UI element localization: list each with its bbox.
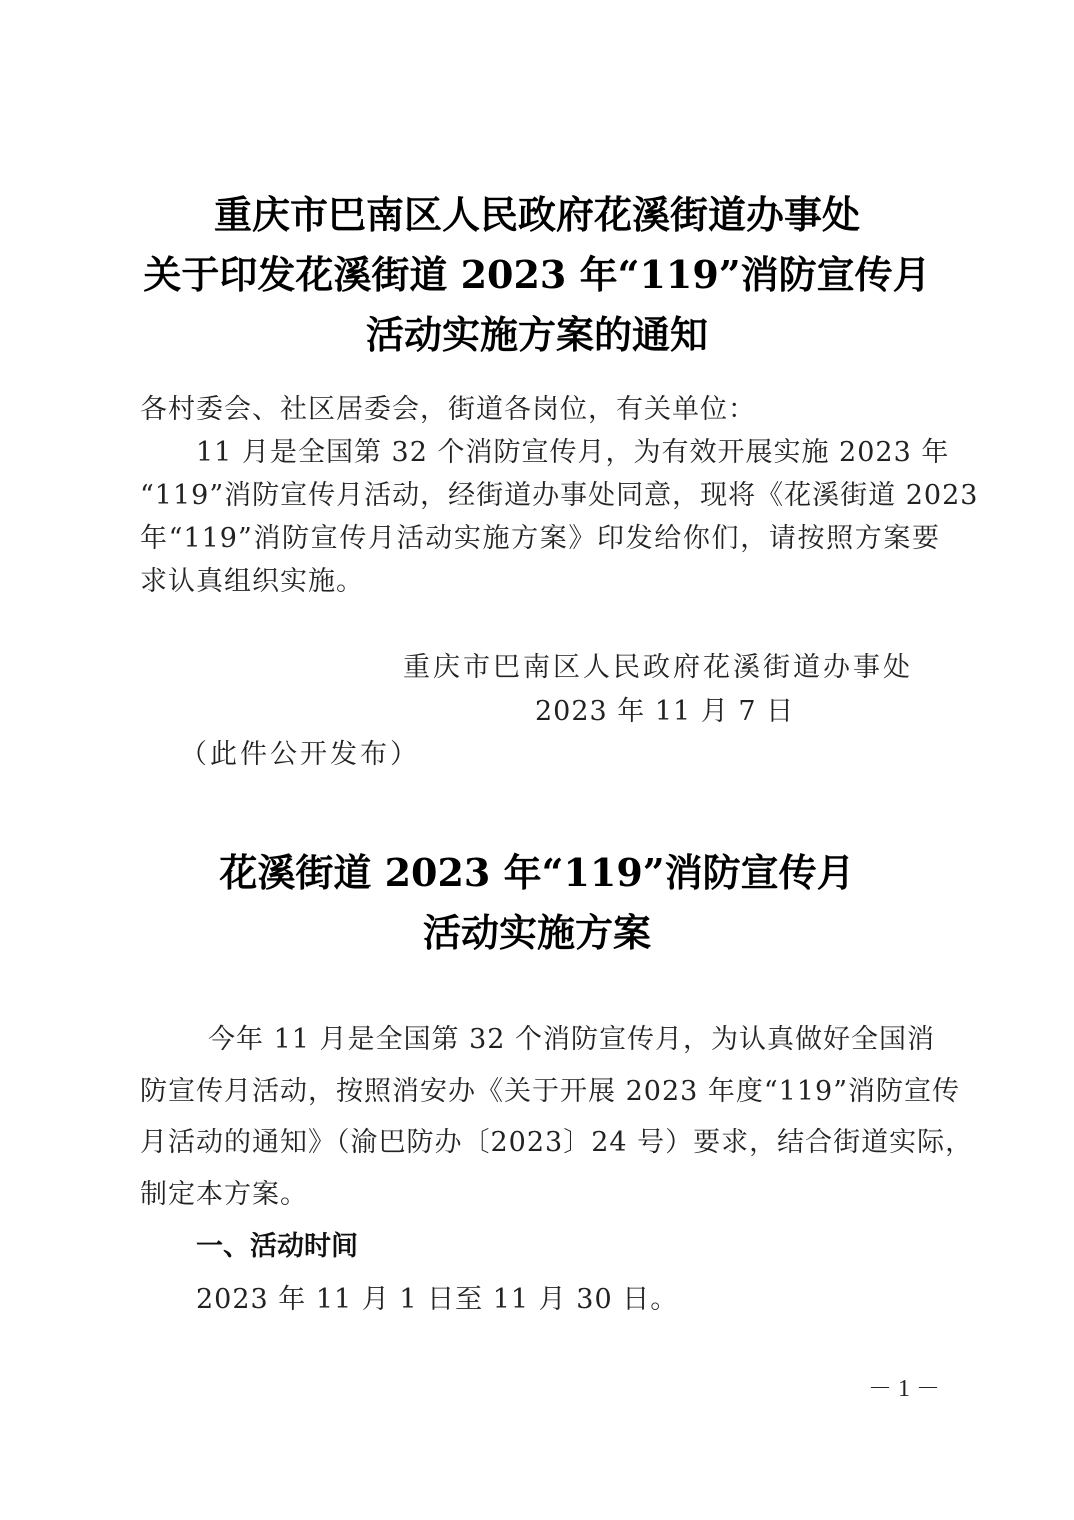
plan-title-line-1: 花溪街道 2023 年“119”消防宣传月 [0, 843, 1074, 903]
notice-body-line-3: 年“119”消防宣传月活动实施方案》印发给你们，请按照方案要 [140, 519, 940, 559]
notice-title-line-1: 重庆市巴南区人民政府花溪街道办事处 [0, 185, 1074, 245]
notice-body-line-1: 11 月是全国第 32 个消防宣传月，为有效开展实施 2023 年 [196, 433, 922, 473]
notice-title: 重庆市巴南区人民政府花溪街道办事处 关于印发花溪街道 2023 年“119”消防… [0, 185, 1074, 365]
notice-body-line-2: “119”消防宣传月活动，经街道办事处同意，现将《花溪街道 2023 [140, 476, 940, 516]
page-number: － 1 － [868, 1368, 940, 1403]
plan-title-line-2: 活动实施方案 [0, 903, 1074, 963]
plan-intro-line-2: 防宣传月活动，按照消安办《关于开展 2023 年度“119”消防宣传 [140, 1072, 940, 1112]
plan-intro-line-1: 今年 11 月是全国第 32 个消防宣传月，为认真做好全国消 [208, 1020, 938, 1060]
notice-title-line-2: 关于印发花溪街道 2023 年“119”消防宣传月 [0, 245, 1074, 305]
notice-addressee: 各村委会、社区居委会，街道各岗位，有关单位： [140, 390, 756, 430]
notice-date: 2023 年 11 月 7 日 [535, 692, 794, 732]
notice-body-line-4: 求认真组织实施。 [140, 562, 364, 602]
notice-disclosure: （此件公开发布） [180, 735, 420, 775]
document-page: 重庆市巴南区人民政府花溪街道办事处 关于印发花溪街道 2023 年“119”消防… [0, 0, 1074, 1520]
plan-intro-line-3: 月活动的通知》（渝巴防办〔2023〕24 号）要求，结合街道实际， [140, 1123, 940, 1163]
section-heading-activity-time: 一、活动时间 [196, 1227, 358, 1267]
section-content-activity-time: 2023 年 11 月 1 日至 11 月 30 日。 [196, 1280, 678, 1320]
plan-title: 花溪街道 2023 年“119”消防宣传月 活动实施方案 [0, 843, 1074, 963]
notice-title-line-3: 活动实施方案的通知 [0, 305, 1074, 365]
notice-signature: 重庆市巴南区人民政府花溪街道办事处 [403, 648, 913, 688]
plan-intro-line-4: 制定本方案。 [140, 1175, 308, 1215]
